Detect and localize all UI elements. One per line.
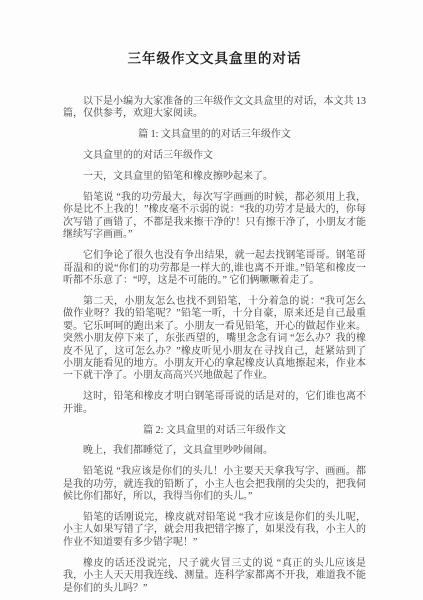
paragraph: 晚上，我们都睡觉了，文具盒里吵吵闹闹。	[63, 445, 366, 457]
paragraph: 铅笔说 “我应该是你们的头儿！小主要天天拿我写字、画画。都是我的功劳，就连我的铅…	[63, 466, 366, 503]
paragraph: 铅笔的话刚说完，橡皮就对铅笔说 “我才应该是你们的头儿呢，小主人如果写错了字，就…	[63, 512, 366, 549]
paragraph: 铅笔说 “我的功劳最大，每次写字画画的时候，都必须用上我，你是比不上我的！”橡皮…	[63, 192, 366, 242]
document-page: 三年级作文文具盒里的对话 以下是小编为大家准备的三年级作文文具盒里的对话，本文共…	[0, 0, 423, 600]
intro-paragraph: 以下是小编为大家准备的三年级作文文具盒里的对话，本文共 13 篇，仅供参考，欢迎…	[63, 96, 366, 121]
paragraph: 橡皮的话还没说完，尺子就火冒三丈的说 “真正的头儿应该是我，小主人天天用我连线、…	[63, 558, 366, 595]
section-1-subtitle: 文具盒里的的对话三年级作文	[63, 150, 366, 162]
paragraph: 它们争论了很久也没有争出结果，就一起去找钢笔哥哥。钢笔哥哥温和的说“你们的功劳都…	[63, 250, 366, 287]
paragraph: 这时，铅笔和橡皮才明白钢笔哥哥说的话是对的，它们谁也离不开谁。	[63, 391, 366, 416]
section-1-heading: 篇 1: 文具盒里的的对话三年级作文	[63, 129, 366, 141]
document-title: 三年级作文文具盒里的对话	[63, 51, 366, 67]
paragraph: 一天，文具盒里的铅笔和橡皮擦吵起来了。	[63, 171, 366, 183]
paragraph: 第二天，小朋友怎么也找不到铅笔，十分着急的说：“我可怎么做作业呀？我的铅笔呢？”…	[63, 296, 366, 383]
section-2-heading: 篇 2: 文具盒里的对话三年级作文	[63, 425, 366, 437]
